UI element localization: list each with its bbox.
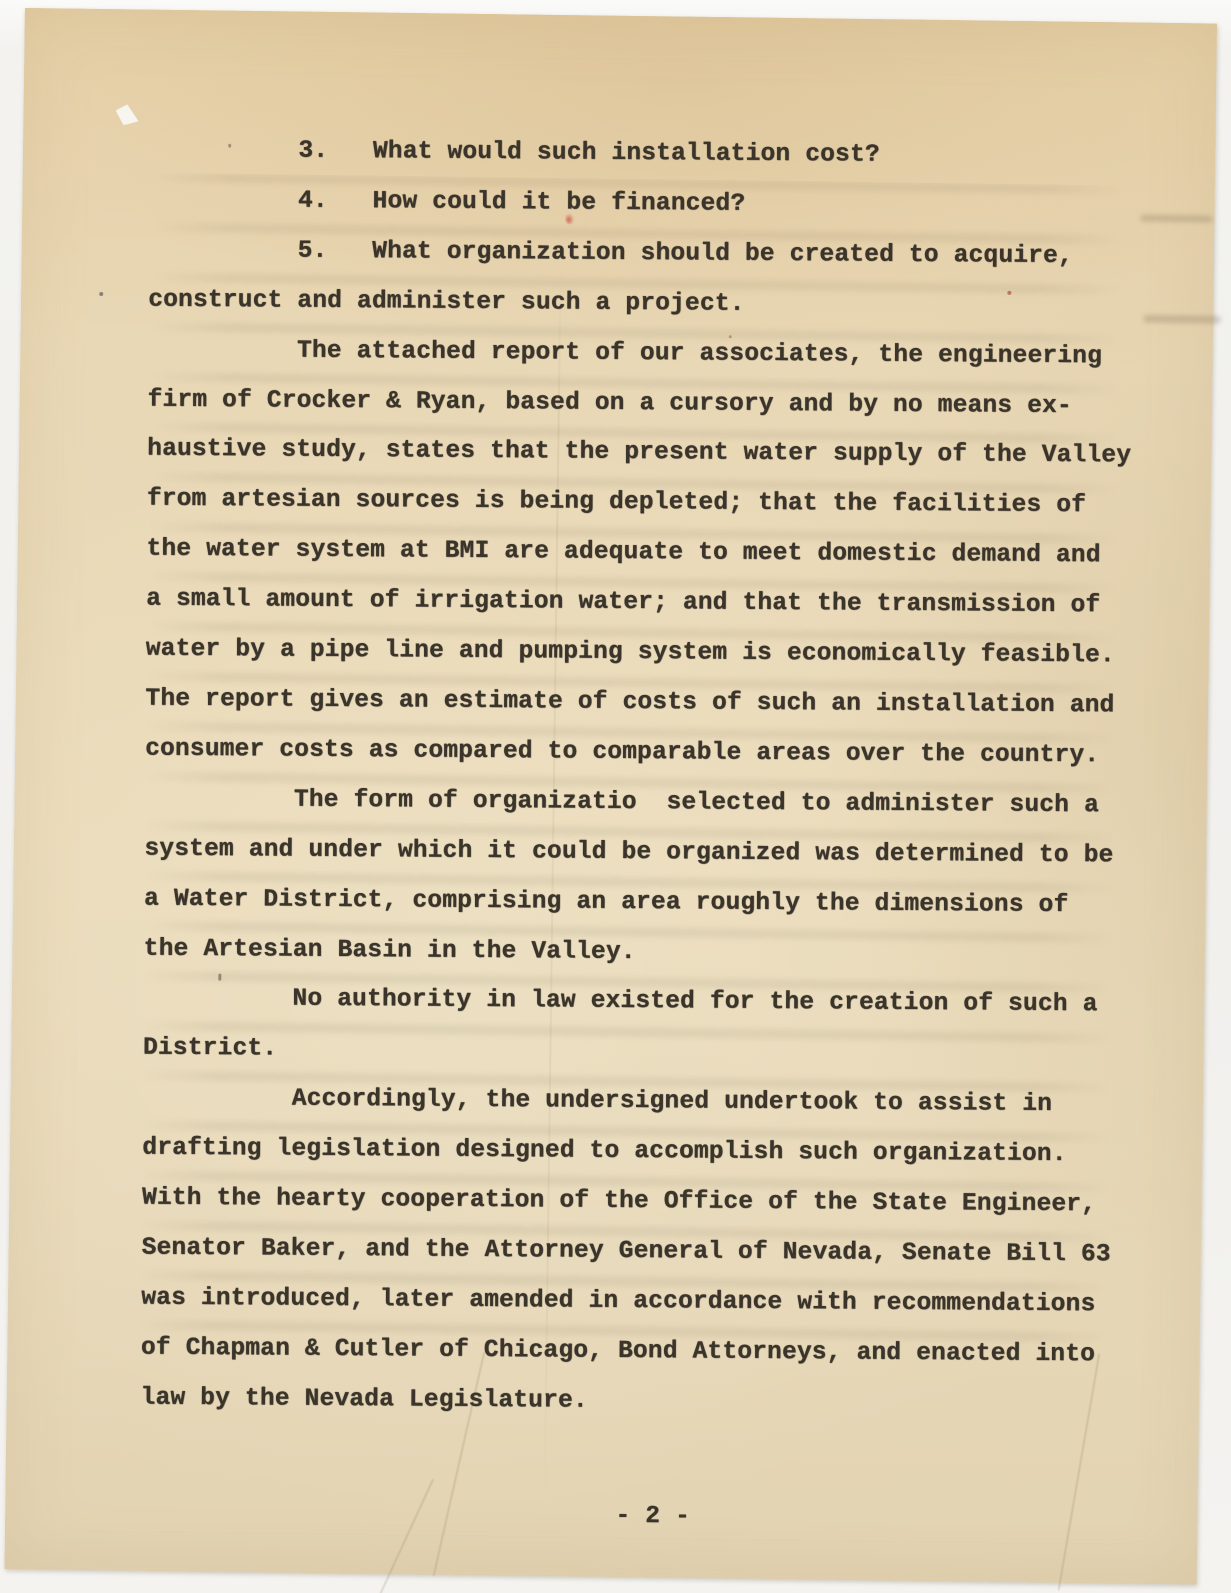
paper-tear-chip bbox=[115, 104, 138, 125]
typed-line: system and under which it could be organ… bbox=[144, 824, 1140, 881]
typed-line: construct and administer such a project. bbox=[148, 275, 1144, 332]
typed-line: Senator Baker, and the Attorney General … bbox=[141, 1224, 1137, 1281]
typed-line: The attached report of our associates, t… bbox=[148, 325, 1144, 382]
typed-line: Accordingly, the undersigned undertook t… bbox=[143, 1074, 1139, 1131]
typed-line: the water system at BMI are adequate to … bbox=[146, 525, 1142, 582]
typed-line: a Water District, comprising an area rou… bbox=[144, 874, 1140, 931]
typed-line: of Chapman & Cutler of Chicago, Bond Att… bbox=[141, 1323, 1137, 1380]
typed-line: The form of organizatio selected to admi… bbox=[145, 774, 1141, 831]
typed-line: firm of Crocker & Ryan, based on a curso… bbox=[147, 375, 1143, 432]
typed-line: 5. What organization should be created t… bbox=[148, 225, 1144, 282]
scanned-page: 3. What would such installation cost? 4.… bbox=[5, 8, 1217, 1584]
typed-line: District. bbox=[143, 1024, 1139, 1081]
typed-line: drafting legislation designed to accompl… bbox=[142, 1124, 1138, 1181]
typed-line: from artesian sources is being depleted;… bbox=[147, 475, 1143, 532]
typed-line: haustive study, states that the present … bbox=[147, 425, 1143, 482]
paper-speck bbox=[99, 292, 103, 296]
typed-line: With the hearty cooperation of the Offic… bbox=[142, 1174, 1138, 1231]
typed-line: 4. How could it be financed? bbox=[149, 176, 1145, 233]
document-body-text: 3. What would such installation cost? 4.… bbox=[140, 126, 1146, 1545]
typed-line: No authority in law existed for the crea… bbox=[143, 974, 1139, 1031]
typed-line: law by the Nevada Legislature. bbox=[140, 1373, 1136, 1430]
scanner-bed: { "page": { "colors": { "scan_bg": "#f2f… bbox=[0, 0, 1231, 1593]
typed-line: The report gives an estimate of costs of… bbox=[145, 675, 1141, 732]
typed-line: a small amount of irrigation water; and … bbox=[146, 575, 1142, 632]
typed-line: was introduced, later amended in accorda… bbox=[141, 1273, 1137, 1330]
ink-smudge bbox=[1143, 315, 1221, 324]
page-number: - 2 - bbox=[140, 1488, 1136, 1545]
typed-line: water by a pipe line and pumping system … bbox=[146, 625, 1142, 682]
typed-line: the Artesian Basin in the Valley. bbox=[144, 924, 1140, 981]
ink-smudge bbox=[1140, 215, 1212, 223]
typed-line: 3. What would such installation cost? bbox=[149, 126, 1145, 183]
spacer bbox=[140, 1423, 1136, 1495]
typed-line: consumer costs as compared to comparable… bbox=[145, 724, 1141, 781]
